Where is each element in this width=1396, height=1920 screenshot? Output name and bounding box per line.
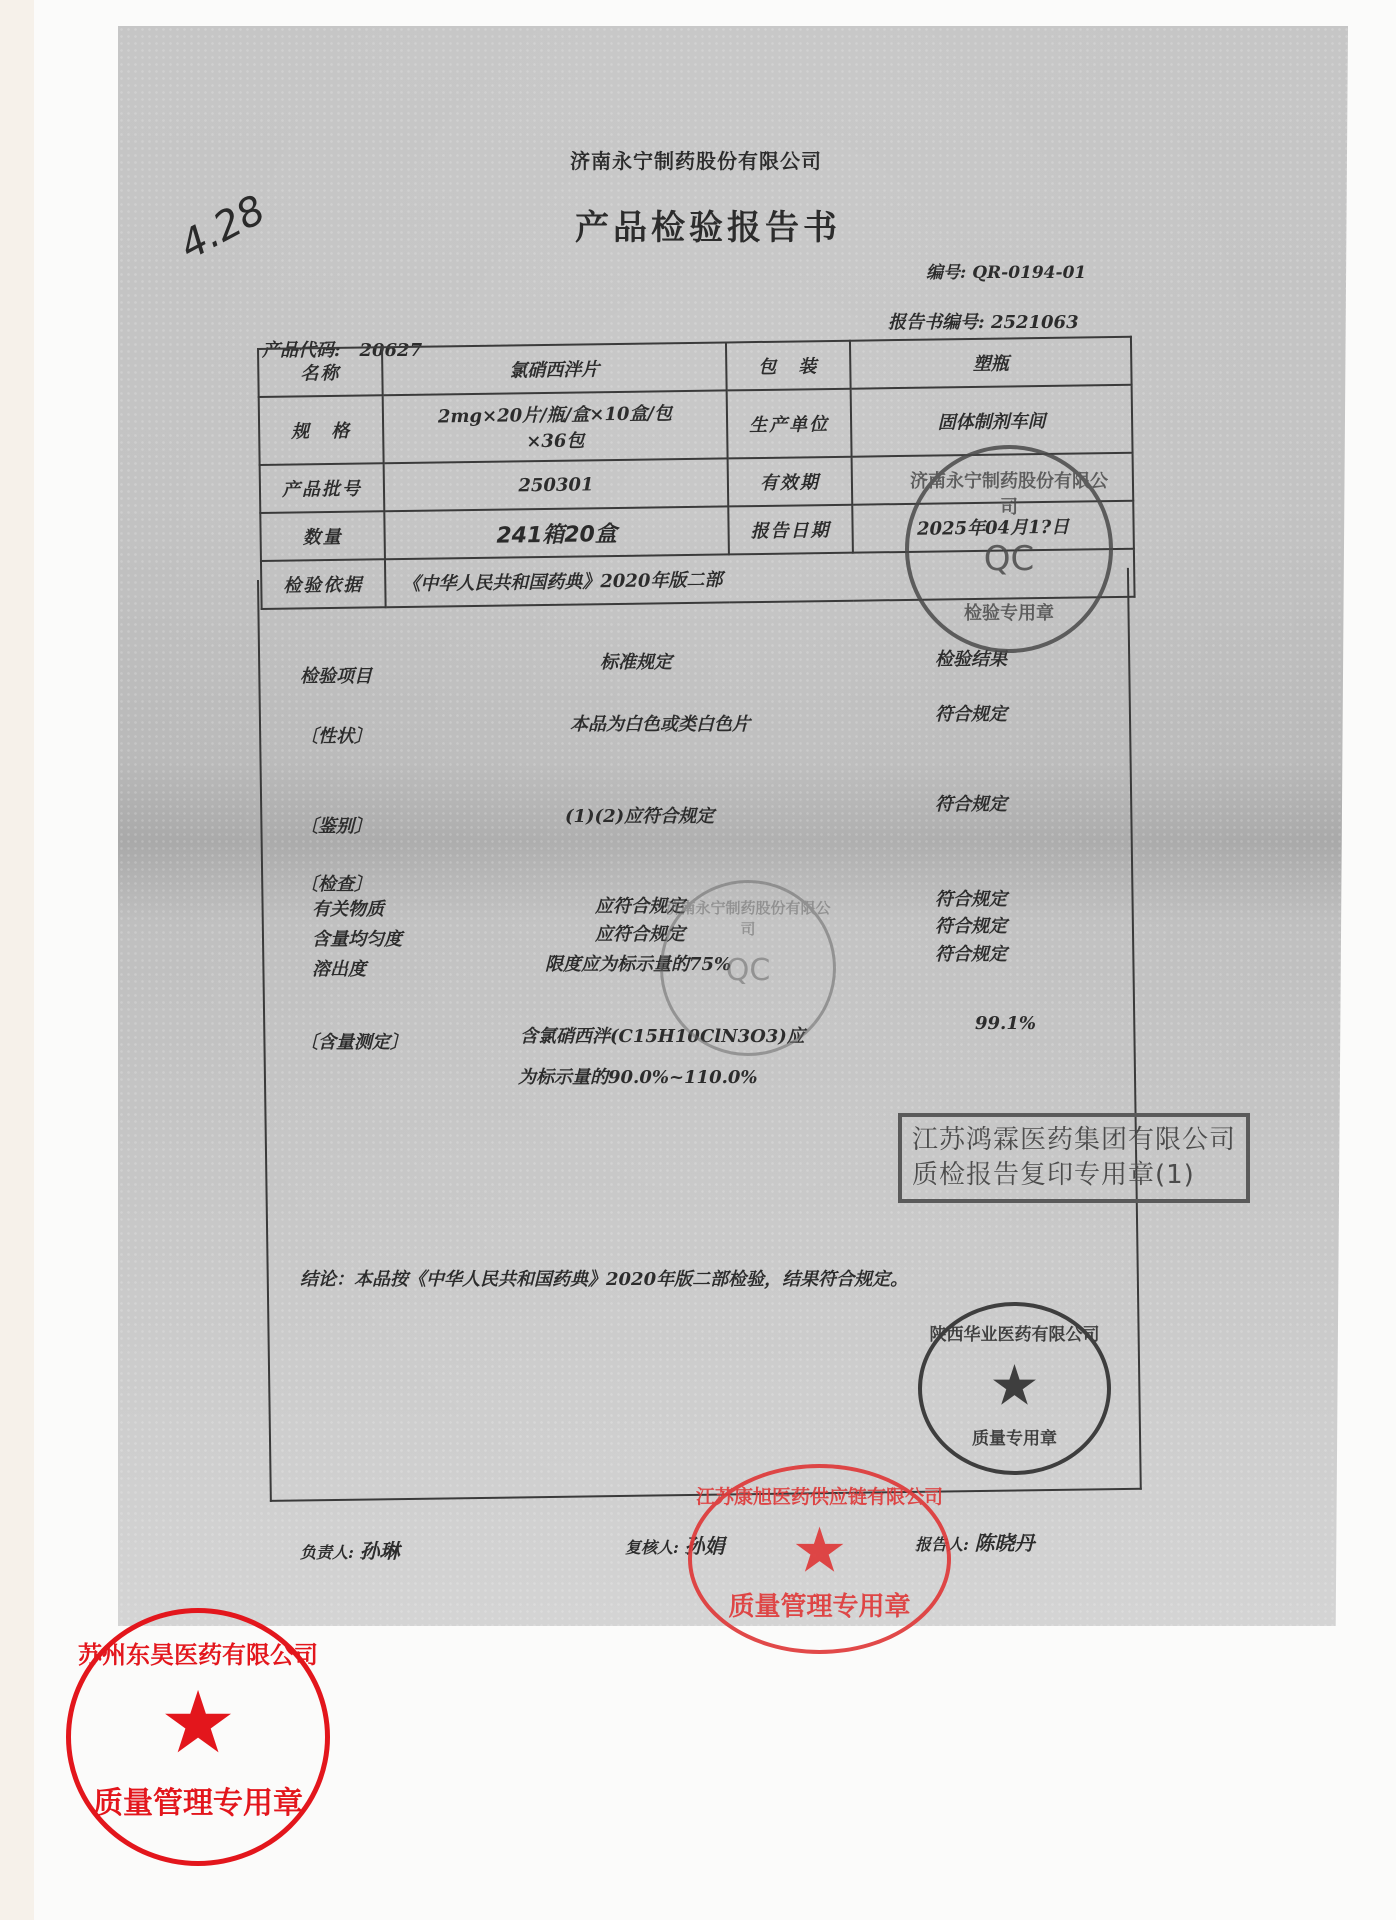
red-round-stamp-bottom: 质量管理专用章 <box>71 1778 325 1822</box>
star-icon: ★ <box>792 1514 848 1587</box>
form-code-value: QR-0194-01 <box>972 263 1086 283</box>
reporter-name: 陈晓丹 <box>975 1531 1035 1555</box>
header-item: 检验项目 <box>300 662 372 688</box>
result-standard: 为标示量的90.0%~110.0% <box>518 1063 758 1089</box>
scan-left-edge <box>0 0 34 1920</box>
producer-label: 生产单位 <box>727 389 852 459</box>
responsible-name: 孙琳 <box>360 1539 400 1563</box>
red-oval-quality-stamp: 江苏康旭医药供应链有限公司 ★ 质量管理专用章 <box>688 1464 951 1654</box>
qc-stamp-center: QC <box>909 539 1109 579</box>
spec-line-2: ×36包 <box>390 425 720 456</box>
quantity-value: 241箱20盒 <box>384 506 729 559</box>
copy-stamp-line-1: 江苏鸿霖医药集团有限公司 <box>912 1123 1236 1158</box>
report-no-label: 报告书编号: <box>888 312 985 333</box>
red-round-quality-stamp: 苏州东昊医药有限公司 ★ 质量管理专用章 <box>66 1608 330 1866</box>
name-label: 名称 <box>258 347 383 397</box>
spec-line-1: 2mg×20片/瓶/盒×10盒/包 <box>390 399 720 430</box>
form-code: 编号: QR-0194-01 <box>926 258 1086 283</box>
star-icon: ★ <box>989 1353 1039 1418</box>
gray-stamp-top: 陕西华业医药有限公司 <box>922 1320 1107 1345</box>
result-item: 有关物质 <box>312 895 384 921</box>
gray-quality-stamp: 陕西华业医药有限公司 ★ 质量专用章 <box>918 1302 1111 1475</box>
qc-stamp-bottom: 检验专用章 <box>909 599 1109 625</box>
copy-stamp-line-2: 质检报告复印专用章(1) <box>912 1158 1236 1193</box>
quantity-label: 数量 <box>260 511 385 561</box>
result-item: 〔鉴别〕 <box>300 812 372 838</box>
star-icon: ★ <box>159 1673 236 1773</box>
result-standard: (1)(2)应符合规定 <box>565 802 714 828</box>
center-stamp-top: 济南永宁制药股份有限公司 <box>663 897 833 939</box>
center-stamp-center: QC <box>663 953 833 988</box>
result-standard: 本品为白色或类白色片 <box>570 710 750 736</box>
report-no-value: 2521063 <box>991 312 1079 333</box>
conclusion: 结论：本品按《中华人民共和国药典》2020年版二部检验，结果符合规定。 <box>300 1265 908 1291</box>
batch-label: 产品批号 <box>260 463 385 513</box>
document-title: 产品检验报告书 <box>575 200 841 249</box>
result-value: 99.1% <box>975 1013 1036 1034</box>
qc-inspection-stamp: 济南永宁制药股份有限公司 QC 检验专用章 <box>905 445 1113 653</box>
spec-label: 规 格 <box>259 395 384 465</box>
gray-stamp-bottom: 质量专用章 <box>922 1424 1107 1449</box>
name-value: 氯硝西泮片 <box>382 342 727 395</box>
report-date-label: 报告日期 <box>728 505 853 555</box>
result-item: 溶出度 <box>312 955 366 981</box>
result-item: 〔性状〕 <box>300 722 372 748</box>
form-code-label: 编号: <box>926 263 966 283</box>
result-item: 含量均匀度 <box>312 925 402 951</box>
report-number: 报告书编号: 2521063 <box>888 308 1079 334</box>
company-name: 济南永宁制药股份有限公司 <box>570 145 822 174</box>
qc-stamp-top: 济南永宁制药股份有限公司 <box>909 467 1109 519</box>
result-value: 符合规定 <box>935 940 1007 966</box>
red-oval-stamp-bottom: 质量管理专用章 <box>692 1586 947 1623</box>
center-faint-stamp: 济南永宁制药股份有限公司 QC <box>660 880 836 1056</box>
result-value: 符合规定 <box>935 790 1007 816</box>
result-value: 符合规定 <box>935 912 1007 938</box>
result-value: 符合规定 <box>935 885 1007 911</box>
red-oval-stamp-top: 江苏康旭医药供应链有限公司 <box>692 1482 947 1509</box>
expiry-label: 有效期 <box>728 457 853 507</box>
package-value: 塑瓶 <box>850 337 1132 389</box>
spec-value: 2mg×20片/瓶/盒×10盒/包 ×36包 <box>383 390 728 463</box>
header-standard: 标准规定 <box>600 648 672 674</box>
result-item: 〔含量测定〕 <box>300 1028 408 1054</box>
responsible-label: 负责人: <box>300 1543 354 1562</box>
package-label: 包 装 <box>726 341 851 391</box>
result-item: 〔检查〕 <box>300 870 372 896</box>
reviewer-label: 复核人: <box>625 1538 679 1557</box>
red-round-stamp-top: 苏州东昊医药有限公司 <box>71 1635 325 1670</box>
result-value: 符合规定 <box>935 700 1007 726</box>
responsible-signature: 负责人: 孙琳 <box>300 1535 400 1564</box>
batch-value: 250301 <box>384 458 729 511</box>
copy-stamp: 江苏鸿霖医药集团有限公司 质检报告复印专用章(1) <box>898 1113 1250 1203</box>
